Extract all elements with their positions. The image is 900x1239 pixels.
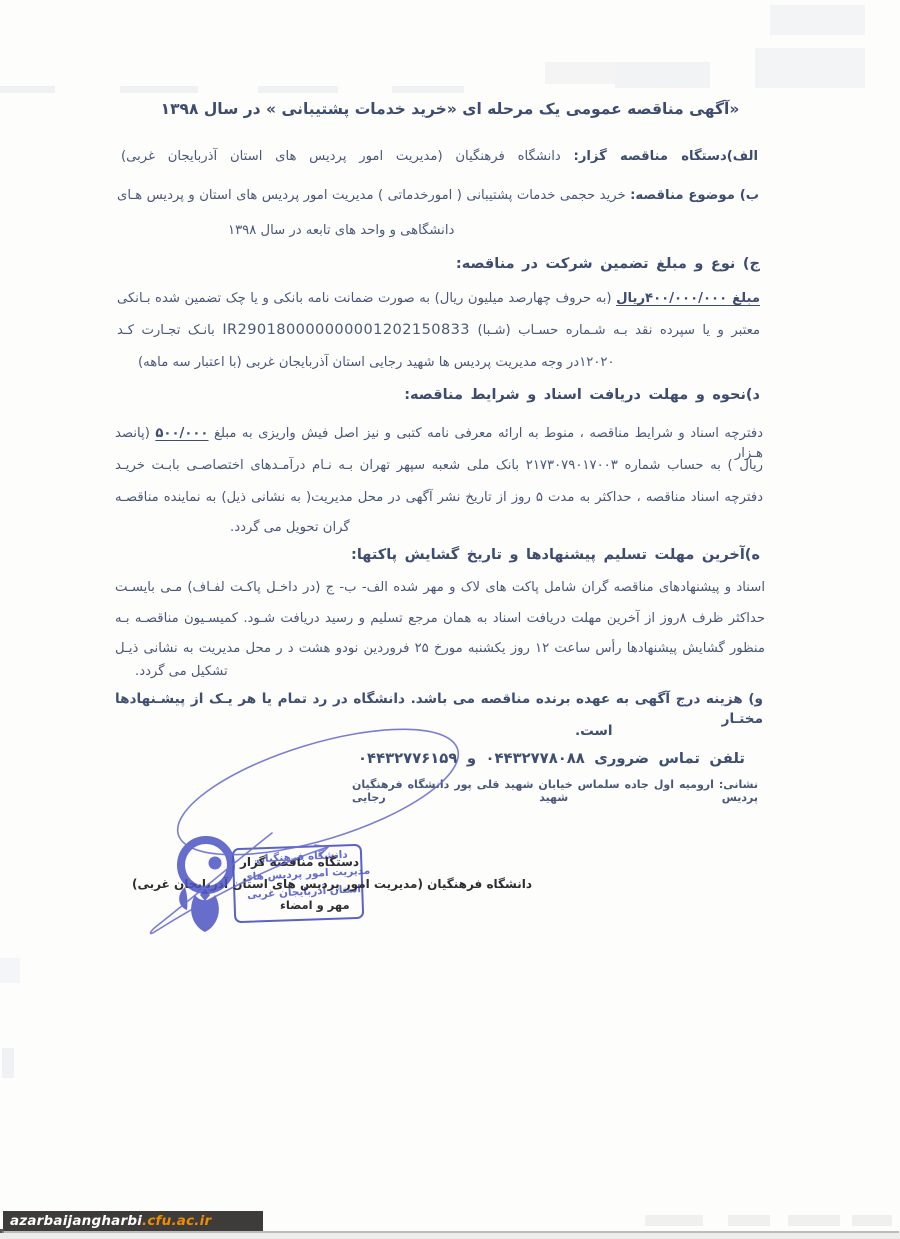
scan-artifact <box>0 958 20 983</box>
section-c-line2: معتبر و یا سپرده نقد بـه شـماره حسـاب (ش… <box>117 320 760 341</box>
scan-artifact <box>770 5 865 35</box>
section-c-line2-pre: معتبر و یا سپرده نقد بـه شـماره حسـاب (ش… <box>470 323 760 338</box>
document-title: «آگهی مناقصه عمومی یک مرحله ای «خرید خدم… <box>140 100 760 118</box>
section-f-line2: است. <box>575 721 613 741</box>
section-c-line2-post: بانـک تجـارت کـد <box>117 323 222 338</box>
scan-artifact <box>2 1048 14 1078</box>
scan-artifact <box>258 86 338 93</box>
watermark-name: azarbaijangharbi <box>10 1213 142 1229</box>
scan-artifact <box>852 1215 892 1226</box>
section-d-line3: دفترچه اسناد مناقصه ، حداکثر به مدت ۵ رو… <box>115 488 763 508</box>
scan-artifact <box>755 48 865 88</box>
section-e-line3: منظور گشایش پیشنهادها رأس ساعت ۱۲ روز یک… <box>115 639 765 659</box>
stamp-overlay-line3: مهر و امضاء <box>280 898 350 912</box>
watermark-domain: .cfu.ac.ir <box>142 1213 211 1229</box>
address-line: نشانی: ارومیه اول جاده سلماس خیابان شهید… <box>352 778 758 804</box>
section-d-line1-pre: دفترچه اسناد و شرایط مناقصه ، منوط به ار… <box>208 426 763 441</box>
scan-artifact <box>120 86 198 93</box>
section-a-text: دانشگاه فرهنگیان (مدیریت امور پردیس های … <box>121 149 574 164</box>
section-c-line3: ۱۲۰۲۰در وجه مدیریت پردیس ها شهید رجایی ا… <box>138 353 615 373</box>
fee-amount: ۵۰۰/۰۰۰ <box>155 426 208 441</box>
stamp-overlay-line1: دستگاه مناقصه گزار <box>240 855 359 869</box>
section-a-label: الف)دستگاه مناقصه گزار: <box>574 149 758 164</box>
section-b-label: ب) موضوع مناقصه: <box>630 188 759 203</box>
section-d-heading: د)نحوه و مهلت دریافت اسناد و شرایط مناقص… <box>420 385 760 405</box>
university-logo <box>158 835 253 935</box>
scan-artifact <box>545 62 615 84</box>
section-e-line1: اسناد و پیشنهادهای مناقصه گران شامل پاکت… <box>115 578 765 598</box>
section-a-line: الف)دستگاه مناقصه گزار: دانشگاه فرهنگیان… <box>121 147 758 167</box>
scan-artifact <box>615 62 710 88</box>
scan-artifact <box>645 1215 703 1226</box>
section-f-line1: و) هزینه درج آگهی به عهده برنده مناقصه م… <box>115 689 763 729</box>
scanned-tender-document: «آگهی مناقصه عمومی یک مرحله ای «خرید خدم… <box>0 0 900 1239</box>
section-d-line4: گران تحویل می گردد. <box>230 518 350 538</box>
scan-artifact <box>728 1215 770 1226</box>
section-b-line1: ب) موضوع مناقصه: خرید حجمی خدمات پشتیبان… <box>117 186 759 206</box>
section-c-heading: ج) نوع و مبلغ تضمین شرکت در مناقصه: <box>460 254 760 274</box>
section-c-line1: مبلغ ۴۰۰/۰۰۰/۰۰۰ریال (به حروف چهارصد میل… <box>117 289 760 309</box>
guarantee-amount: مبلغ ۴۰۰/۰۰۰/۰۰۰ریال <box>616 291 760 306</box>
section-b-text: خرید حجمی خدمات پشتیبانی ( امورخدماتی ) … <box>117 188 630 203</box>
scan-artifact <box>392 86 464 93</box>
section-b-line2: دانشگاهی و واحد های تابعه در سال ۱۳۹۸ <box>228 221 454 241</box>
section-e-line4: تشکیل می گردد. <box>135 662 228 682</box>
site-watermark: azarbaijangharbi.cfu.ac.ir <box>3 1211 263 1231</box>
section-d-line2: ریال ) به حساب شماره ۲۱۷۳۰۷۹۰۱۷۰۰۳ بانک … <box>115 456 763 476</box>
section-c-line1-rest: (به حروف چهارصد میلیون ریال) به صورت ضما… <box>117 291 616 306</box>
section-e-line2: حداکثر ظرف ۸روز از آخرین مهلت دریافت اسن… <box>115 609 765 629</box>
phone-line: تلفن تماس ضروری ۰۴۴۳۲۷۷۸۰۸۸ و ۰۴۴۳۲۷۷۶۱۵… <box>358 750 745 767</box>
section-e-heading: ه)آخرین مهلت تسلیم پیشنهادها و تاریخ گشا… <box>380 545 760 565</box>
scan-artifact <box>0 86 55 93</box>
scan-edge-strip <box>0 1233 900 1239</box>
scan-artifact <box>788 1215 840 1226</box>
iban-number: IR290180000000001202150833 <box>222 321 470 338</box>
